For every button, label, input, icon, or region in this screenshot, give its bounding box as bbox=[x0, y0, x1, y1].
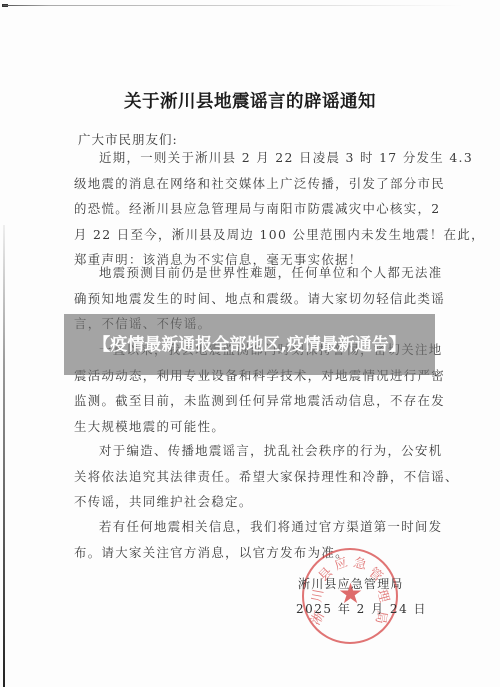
seal-char: 应 bbox=[331, 551, 350, 573]
issuer-signature: 淅川县应急管理局 bbox=[298, 575, 404, 592]
paragraph-line: 月 22 日至今，淅川县及周边 100 公里范围内未发生地震！在此， bbox=[74, 222, 424, 248]
official-seal: ★ 淅 川 县 应 急 管 理 局 bbox=[302, 548, 398, 644]
paragraph-4: 对于编造、传播地震谣言，扰乱社会秩序的行为，公安机 关将依法追究其法律责任。希望… bbox=[74, 438, 424, 515]
issue-date: 2025 年 2 月 24 日 bbox=[296, 600, 427, 617]
paper-top-edge bbox=[3, 5, 463, 6]
document-photo: 关于淅川县地震谣言的辟谣通知 广大市民朋友们: 近期，一则关于淅川县 2 月 2… bbox=[0, 0, 500, 687]
headline-text[interactable]: 【疫情最新通报全部地区,疫情最新通告】 bbox=[75, 334, 425, 356]
headline-banner[interactable]: 【疫情最新通报全部地区,疫情最新通告】 bbox=[64, 314, 435, 375]
paragraph-line: 的恐慌。经淅川县应急管理局与南阳市防震减灾中心核实，2 bbox=[74, 196, 424, 222]
document-title: 关于淅川县地震谣言的辟谣通知 bbox=[0, 88, 500, 113]
paragraph-line: 确预知地震发生的时间、地点和震级。请大家切勿轻信此类谣 bbox=[74, 286, 424, 312]
paragraph-line: 级地震的消息在网络和社交媒体上广泛传播，引发了部分市民 bbox=[74, 171, 424, 197]
paragraph-line: 监测。截至目前，未监测到任何异常地震活动信息，不存在发 bbox=[74, 388, 424, 414]
paragraph-line: 对于编造、传播地震谣言，扰乱社会秩序的行为，公安机 bbox=[74, 438, 424, 464]
paragraph-line: 关将依法追究其法律责任。希望大家保持理性和冷静，不信谣、 bbox=[74, 464, 424, 490]
paragraph-line: 地震预测目前仍是世界性难题，任何单位和个人都无法准 bbox=[74, 260, 424, 286]
paragraph-line: 生大规模地震的可能性。 bbox=[74, 414, 424, 440]
paragraph-1: 近期，一则关于淅川县 2 月 22 日凌晨 3 时 17 分发生 4.3 级地震… bbox=[74, 145, 424, 273]
paragraph-line: 若有任何地震相关信息，我们将通过官方渠道第一时间发 bbox=[74, 514, 424, 540]
seal-char: 急 bbox=[352, 552, 369, 574]
paper-left-edge bbox=[3, 225, 5, 687]
paragraph-line: 近期，一则关于淅川县 2 月 22 日凌晨 3 时 17 分发生 4.3 bbox=[74, 145, 424, 171]
paragraph-line: 不传谣，共同维护社会稳定。 bbox=[74, 489, 424, 515]
